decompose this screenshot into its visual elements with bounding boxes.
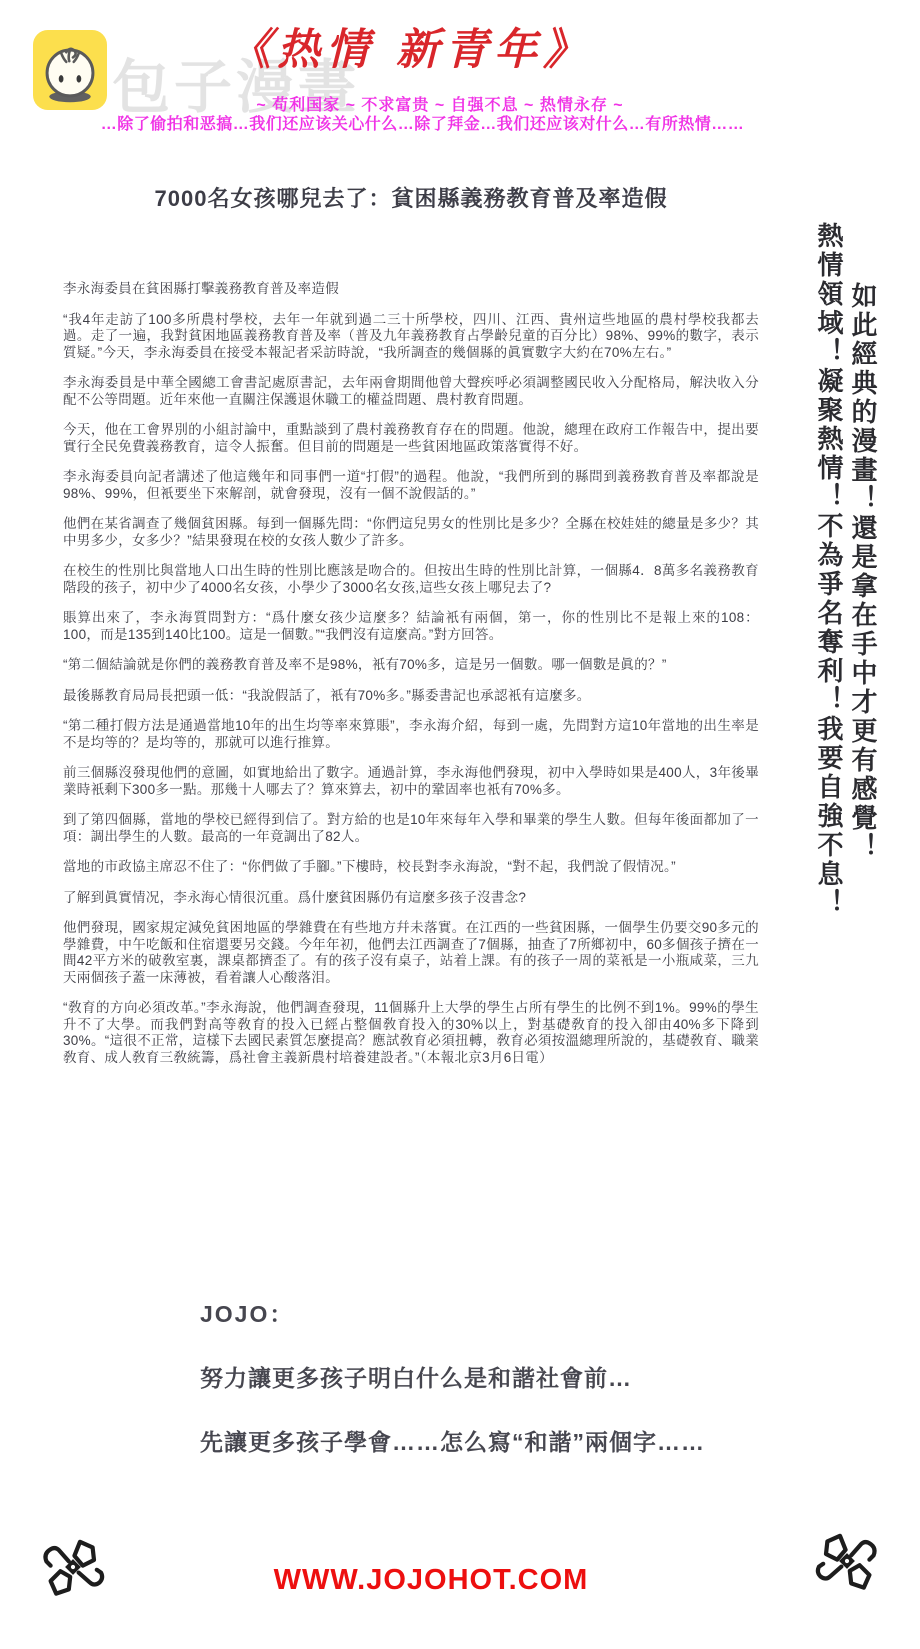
article-title: 7000名女孩哪兒去了：貧困縣義務教育普及率造假 xyxy=(63,182,759,213)
article-paragraph: 在校生的性別比與當地人口出生時的性別比應該是吻合的。但按出生時的性別比計算，一個… xyxy=(63,563,759,596)
article-paragraph: 前三個縣沒發現他們的意圖，如實地給出了數字。通過計算，李永海他們發現，初中入學時… xyxy=(63,765,759,798)
article-paragraph: 了解到眞實情况，李永海心情很沉重。爲什麼貧困縣仍有這麼多孩子沒書念? xyxy=(63,890,759,907)
article-paragraph: “第二種打假方法是通過當地10年的出生均等率來算賬”，李永海介紹，每到一處，先問… xyxy=(63,718,759,751)
article-paragraph: 他們在某省調查了幾個貧困縣。每到一個縣先問：“你們這兒男女的性別比是多少？全縣在… xyxy=(63,516,759,549)
scan-page: 包子漫畫 《热情 新青年》 ~ 苟利国家 ~ 不求富贵 ~ 自强不息 ~ 热情永… xyxy=(0,0,920,1649)
article-paragraph: 最後縣教育局局長把頭一低：“我說假話了，衹有70%多。”縣委書記也承認衹有這麼多… xyxy=(63,688,759,705)
article-paragraph: 李永海委員向記者講述了他這幾年和同事們一道“打假”的過程。他說，“我們所到的縣問… xyxy=(63,469,759,502)
slogan-line-2: …除了偷拍和恶搞…我们还应该关心什么…除了拜金…我们还应该对什么…有所热情…… xyxy=(0,111,845,134)
article-paragraph: 到了第四個縣，當地的學校已經得到信了。對方給的也是10年來每年入學和畢業的學生人… xyxy=(63,812,759,845)
site-title: 《热情 新青年》 xyxy=(0,16,820,77)
article: 7000名女孩哪兒去了：貧困縣義務教育普及率造假 李永海委員在貧困縣打擊義務教育… xyxy=(63,182,759,1080)
article-paragraph: 賬算出來了，李永海質問對方：“爲什麼女孩少這麼多？結論衹有兩個，第一，你的性別比… xyxy=(63,610,759,643)
article-paragraph: 他們發現，國家規定減免貧困地區的學雜費在有些地方幷未落實。在江西的一些貧困縣，一… xyxy=(63,920,759,986)
article-paragraph: “敎育的方向必須改革。”李永海說，他們調查發現，11個縣升上大學的學生占所有學生… xyxy=(63,1000,759,1066)
article-paragraph: 今天，他在工會界別的小組討論中，重點談到了農村義務教育存在的問題。他說，總理在政… xyxy=(63,422,759,455)
translator-note: JOJO： 努力讓更多孩子明白什么是和諧社會前… 先讓更多孩子學會……怎么寫“和… xyxy=(200,1296,705,1488)
article-paragraph: “第二個結論就是你們的義務教育普及率不是98%，衹有70%多，這是另一個數。哪一… xyxy=(63,657,759,674)
article-paragraph: 李永海委員是中華全國總工會書記處原書記，去年兩會期間他曾大聲疾呼必須調整國民收入… xyxy=(63,375,759,408)
article-paragraph: 當地的市政協主席忍不住了：“你們做了手腳。”下樓時，校長對李永海說，“對不起，我… xyxy=(63,859,759,876)
vertical-slogan-outer: 如此經典的漫畫！還是拿在手中才更有感覺！ xyxy=(850,282,876,862)
vertical-slogan-inner: 熱情領域！凝聚熱情！不為爭名奪利！我要自強不息！ xyxy=(816,222,842,918)
website-url-link[interactable]: WWW.JOJOHOT.COM xyxy=(0,1564,862,1597)
note-line-2: 先讓更多孩子學會……怎么寫“和諧”兩個字…… xyxy=(200,1424,705,1457)
article-byline: 李永海委員在貧困縣打擊義務教育普及率造假 xyxy=(63,281,759,298)
note-salutation: JOJO： xyxy=(200,1296,705,1329)
article-paragraph: “我4年走訪了100多所農村學校，去年一年就到過二三十所學校，四川、江西、貴州這… xyxy=(63,312,759,362)
note-line-1: 努力讓更多孩子明白什么是和諧社會前… xyxy=(200,1360,705,1393)
